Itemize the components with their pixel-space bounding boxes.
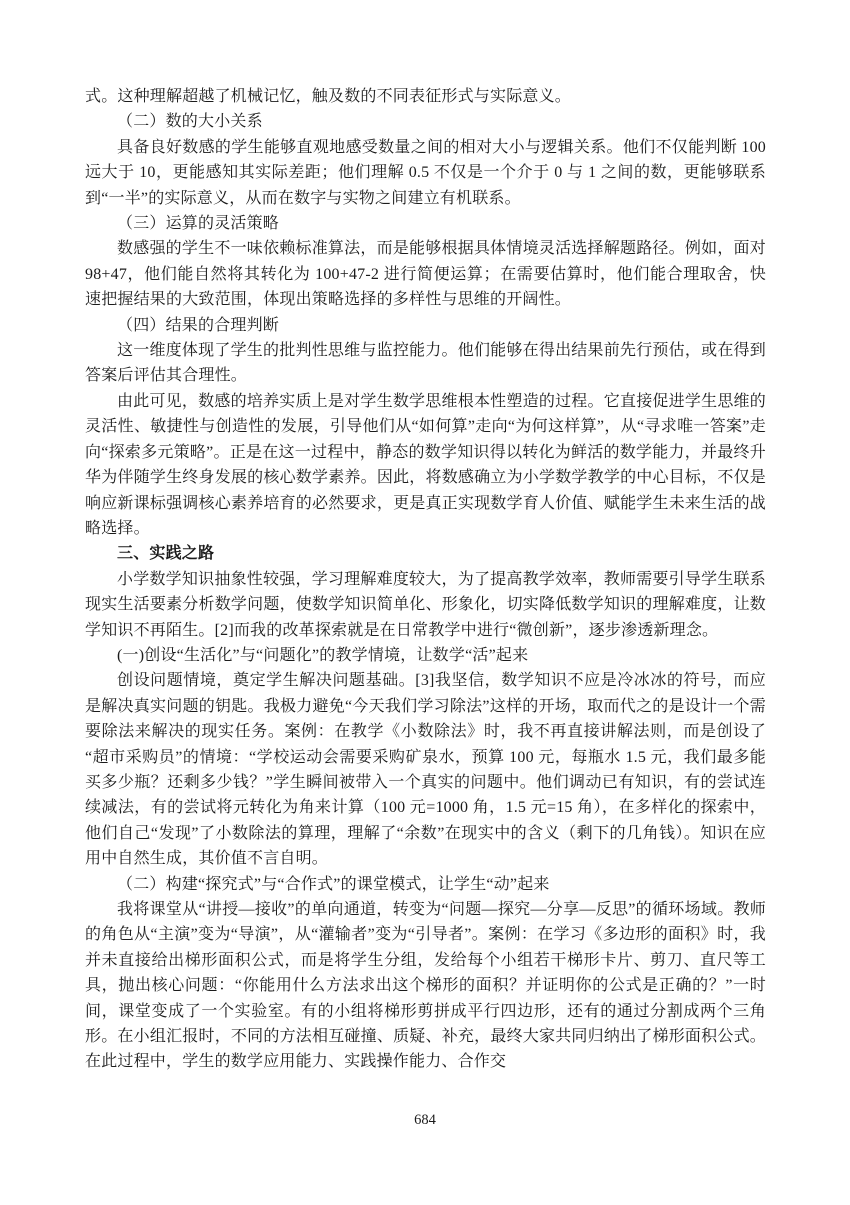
subsection-heading: （二）构建“探究式”与“合作式”的课堂模式，让学生“动”起来 [85,872,766,897]
subsection-heading: （三）运算的灵活策略 [85,211,766,236]
subsection-heading: （二）数的大小关系 [85,109,766,134]
paragraph: 我将课堂从“讲授—接收”的单向通道，转变为“问题—探究—分享—反思”的循环场域。… [85,897,766,1075]
paragraph: 具备良好数感的学生能够直观地感受数量之间的相对大小与逻辑关系。他们不仅能判断 1… [85,135,766,211]
paragraph: 小学数学知识抽象性较强，学习理解难度较大，为了提高教学效率，教师需要引导学生联系… [85,567,766,643]
section-heading: 三、实践之路 [85,541,766,566]
paragraph: 数感强的学生不一味依赖标准算法，而是能够根据具体情境灵活选择解题路径。例如，面对… [85,236,766,312]
document-body: 式。这种理解超越了机械记忆，触及数的不同表征形式与实际意义。（二）数的大小关系具… [85,84,766,1075]
paragraph: 创设问题情境，奠定学生解决问题基础。[3]我坚信，数学知识不应是冷冰冰的符号，而… [85,668,766,871]
subsection-heading: (一)创设“生活化”与“问题化”的教学情境，让数学“活”起来 [85,643,766,668]
continued-paragraph: 式。这种理解超越了机械记忆，触及数的不同表征形式与实际意义。 [85,84,766,109]
paragraph: 这一维度体现了学生的批判性思维与监控能力。他们能够在得出结果前先行预估，或在得到… [85,338,766,389]
subsection-heading: （四）结果的合理判断 [85,313,766,338]
document-page: { "document": { "blocks": [ { "style": "… [0,0,850,1205]
paragraph: 由此可见，数感的培养实质上是对学生数学思维根本性塑造的过程。它直接促进学生思维的… [85,389,766,541]
page-number: 684 [0,1112,850,1129]
